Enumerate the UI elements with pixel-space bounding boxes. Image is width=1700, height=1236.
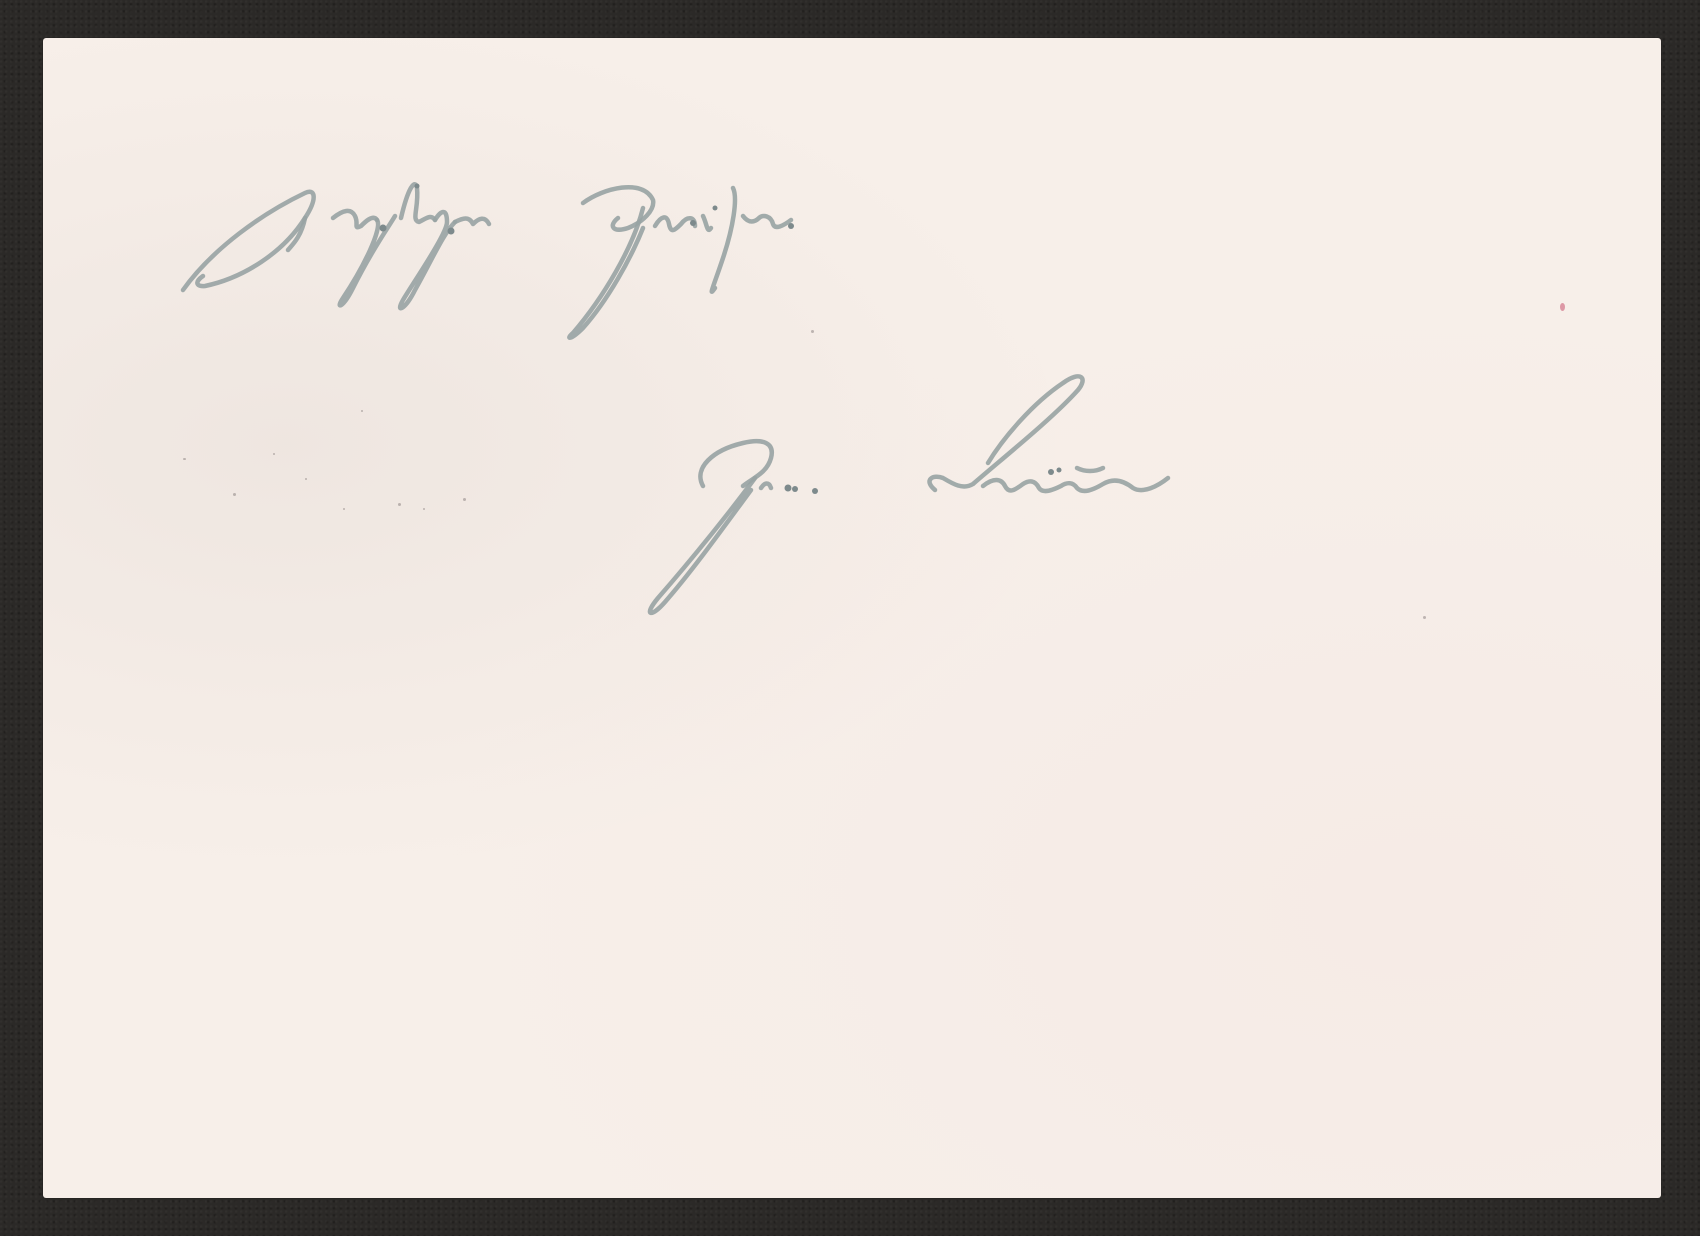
handwriting [43,38,1661,1198]
postcard: Herzlichen Grüßen Gen. Bräuer [43,38,1661,1198]
signature-dots [785,468,1062,495]
signature-handwriting [650,376,1168,613]
greeting-handwriting [183,184,791,337]
